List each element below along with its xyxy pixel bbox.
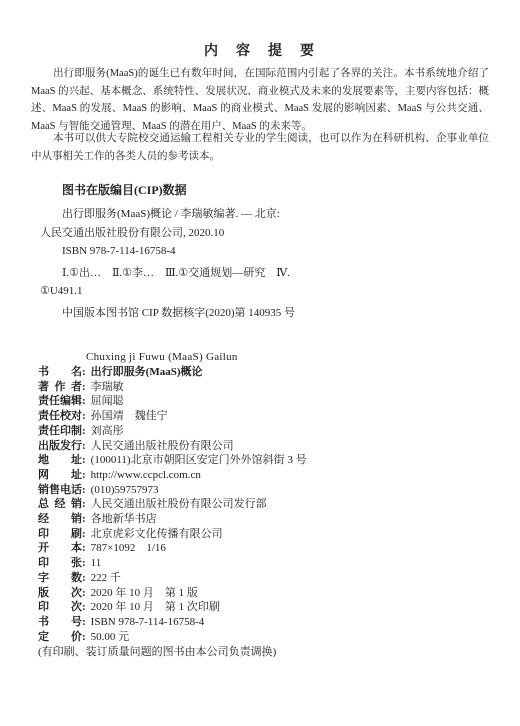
colophon-value: 222 千: [91, 572, 121, 584]
colophon-value: 787×1092 1/16: [91, 542, 166, 554]
colophon-label: 印次: [38, 600, 82, 615]
colophon-value: (010)59757973: [91, 484, 159, 496]
colophon-colon: :: [82, 410, 86, 422]
cip-class-code-line: ①U491.1: [40, 282, 480, 301]
colophon-value: ISBN 978-7-114-16758-4: [91, 616, 205, 628]
colophon-row-sheets: 印张:11: [38, 556, 490, 571]
cip-title-line: 出行即服务(MaaS)概论 / 李瑞敏编著. — 北京:: [40, 205, 480, 224]
colophon-row-price: 定价:50.00 元: [38, 630, 490, 645]
colophon-colon: :: [82, 631, 86, 643]
colophon-colon: :: [82, 440, 86, 452]
summary-title: 内 容 提 要: [0, 40, 520, 60]
colophon-value: 李瑞敏: [91, 381, 124, 393]
colophon-value: 2020 年 10 月 第 1 次印刷: [91, 601, 220, 613]
colophon-row-website: 网址:http://www.ccpcl.com.cn: [38, 468, 490, 483]
colophon-label: 地址: [38, 453, 82, 468]
colophon-colon: :: [82, 395, 86, 407]
colophon-label: 销售电话: [38, 483, 82, 498]
colophon-label: 总经销: [38, 497, 82, 512]
colophon-row-sales-phone: 销售电话:(010)59757973: [38, 483, 490, 498]
colophon-row-format: 开本:787×1092 1/16: [38, 541, 490, 556]
colophon-value: (100011)北京市朝阳区安定门外外馆斜街 3 号: [91, 454, 307, 466]
colophon-label: 责任校对: [38, 409, 82, 424]
colophon-row-general-distributor: 总经销:人民交通出版社股份有限公司发行部: [38, 497, 490, 512]
colophon-colon: :: [82, 601, 86, 613]
colophon-label: 印张: [38, 556, 82, 571]
reprint-exchange-note: (有印刷、装订质量问题的图书由本公司负责调换): [38, 645, 490, 660]
cip-data-block: 出行即服务(MaaS)概论 / 李瑞敏编著. — 北京: 人民交通出版社股份有限…: [40, 205, 480, 323]
colophon-value: 2020 年 10 月 第 1 版: [91, 587, 198, 599]
colophon-value: 刘高彤: [91, 425, 124, 437]
colophon-value: 出行即服务(MaaS)概论: [91, 366, 203, 378]
colophon-row-print-supervisor: 责任印制:刘高彤: [38, 424, 490, 439]
colophon-label: 责任编辑: [38, 394, 82, 409]
colophon-colon: :: [82, 381, 86, 393]
colophon-value: 11: [91, 557, 102, 569]
colophon-row-impression: 印次:2020 年 10 月 第 1 次印刷: [38, 600, 490, 615]
colophon-row-author: 著作者:李瑞敏: [38, 380, 490, 395]
summary-section-2: 本书可以供大专院校交通运输工程相关专业的学生阅读，也可以作为在科研机构、企事业单…: [31, 130, 489, 165]
cip-heading: 图书在版编目(CIP)数据: [62, 181, 187, 198]
colophon-row-isbn: 书号:ISBN 978-7-114-16758-4: [38, 615, 490, 630]
colophon-colon: :: [82, 425, 86, 437]
book-copyright-page: 内 容 提 要 出行即服务(MaaS)的诞生已有数年时间，在国际范围内引起了各界…: [0, 0, 520, 726]
colophon-value: http://www.ccpcl.com.cn: [91, 469, 201, 481]
cip-publisher-line: 人民交通出版社股份有限公司, 2020.10: [40, 224, 480, 243]
colophon-label: 网址: [38, 468, 82, 483]
colophon-value: 人民交通出版社股份有限公司: [91, 440, 234, 452]
colophon-value: 人民交通出版社股份有限公司发行部: [91, 498, 267, 510]
colophon-label: 印刷: [38, 527, 82, 542]
colophon-label: 书名: [38, 365, 82, 380]
summary-section: 出行即服务(MaaS)的诞生已有数年时间，在国际范围内引起了各界的关注。本书系统…: [31, 65, 489, 135]
colophon-row-word-count: 字数:222 千: [38, 571, 490, 586]
colophon-colon: :: [82, 542, 86, 554]
colophon-value: 孙国靖 魏佳宁: [91, 410, 168, 422]
colophon-colon: :: [82, 587, 86, 599]
colophon-colon: :: [82, 484, 86, 496]
colophon-row-distributor: 经销:各地新华书店: [38, 512, 490, 527]
colophon-label: 著作者: [38, 380, 82, 395]
colophon-row-printer: 印刷:北京虎彩文化传播有限公司: [38, 527, 490, 542]
colophon-colon: :: [82, 513, 86, 525]
colophon-list: 书名:出行即服务(MaaS)概论 著作者:李瑞敏 责任编辑:屈闻聪 责任校对:孙…: [38, 365, 490, 660]
colophon-row-address: 地址:(100011)北京市朝阳区安定门外外馆斜街 3 号: [38, 453, 490, 468]
colophon-colon: :: [82, 469, 86, 481]
colophon-row-proofreaders: 责任校对:孙国靖 魏佳宁: [38, 409, 490, 424]
cip-classification-line: Ⅰ.①出… Ⅱ.①李… Ⅲ.①交通规划—研究 Ⅳ.: [40, 264, 480, 283]
colophon-row-edition: 版次:2020 年 10 月 第 1 版: [38, 586, 490, 601]
colophon-label: 版次: [38, 586, 82, 601]
colophon-label: 出版发行: [38, 439, 82, 454]
colophon-label: 责任印制: [38, 424, 82, 439]
pinyin-title: Chuxing ji Fuwu (MaaS) Gailun: [86, 351, 238, 363]
colophon-colon: :: [82, 572, 86, 584]
cip-isbn-line: ISBN 978-7-114-16758-4: [40, 242, 480, 261]
colophon-colon: :: [82, 528, 86, 540]
summary-paragraph-1: 出行即服务(MaaS)的诞生已有数年时间，在国际范围内引起了各界的关注。本书系统…: [31, 65, 489, 135]
colophon-row-publisher: 出版发行:人民交通出版社股份有限公司: [38, 439, 490, 454]
colophon-label: 字数: [38, 571, 82, 586]
colophon-value: 屈闻聪: [91, 395, 124, 407]
summary-paragraph-2: 本书可以供大专院校交通运输工程相关专业的学生阅读，也可以作为在科研机构、企事业单…: [31, 130, 489, 165]
colophon-colon: :: [82, 454, 86, 466]
colophon-row-title: 书名:出行即服务(MaaS)概论: [38, 365, 490, 380]
colophon-colon: :: [82, 366, 86, 378]
colophon-colon: :: [82, 557, 86, 569]
colophon-value: 各地新华书店: [91, 513, 157, 525]
colophon-row-editor: 责任编辑:屈闻聪: [38, 394, 490, 409]
colophon-value: 北京虎彩文化传播有限公司: [91, 528, 223, 540]
colophon-label: 经销: [38, 512, 82, 527]
colophon-colon: :: [82, 498, 86, 510]
colophon-label: 书号: [38, 615, 82, 630]
cip-record-number-line: 中国版本图书馆 CIP 数据核字(2020)第 140935 号: [40, 304, 480, 323]
colophon-label: 定价: [38, 630, 82, 645]
colophon-label: 开本: [38, 541, 82, 556]
colophon-value: 50.00 元: [91, 631, 130, 643]
colophon-colon: :: [82, 616, 86, 628]
